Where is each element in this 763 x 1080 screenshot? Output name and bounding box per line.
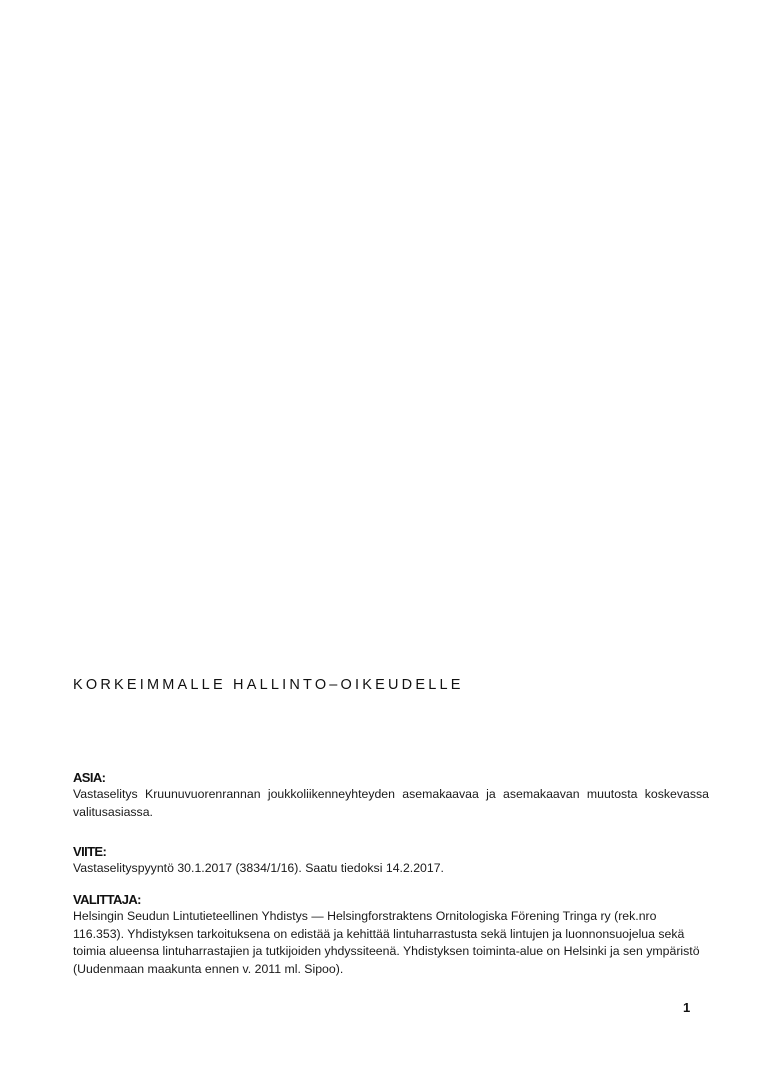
section-heading-viite: VIITE:: [73, 843, 709, 860]
section-asia: ASIA: Vastaselitys Kruunuvuorenrannan jo…: [73, 769, 709, 821]
section-viite: VIITE: Vastaselityspyyntö 30.1.2017 (383…: [73, 843, 709, 878]
section-body-valittaja: Helsingin Seudun Lintutieteellinen Yhdis…: [73, 908, 709, 978]
section-body-viite: Vastaselityspyyntö 30.1.2017 (3834/1/16)…: [73, 860, 709, 878]
section-valittaja: VALITTAJA: Helsingin Seudun Lintutieteel…: [73, 891, 709, 978]
section-heading-asia: ASIA:: [73, 769, 709, 786]
addressee-heading: KORKEIMMALLE HALLINTO–OIKEUDELLE: [73, 677, 464, 693]
section-heading-valittaja: VALITTAJA:: [73, 891, 709, 908]
document-page: KORKEIMMALLE HALLINTO–OIKEUDELLE ASIA: V…: [0, 0, 763, 1080]
section-body-asia: Vastaselitys Kruunuvuorenrannan joukkoli…: [73, 786, 709, 821]
page-number: 1: [683, 1000, 690, 1015]
